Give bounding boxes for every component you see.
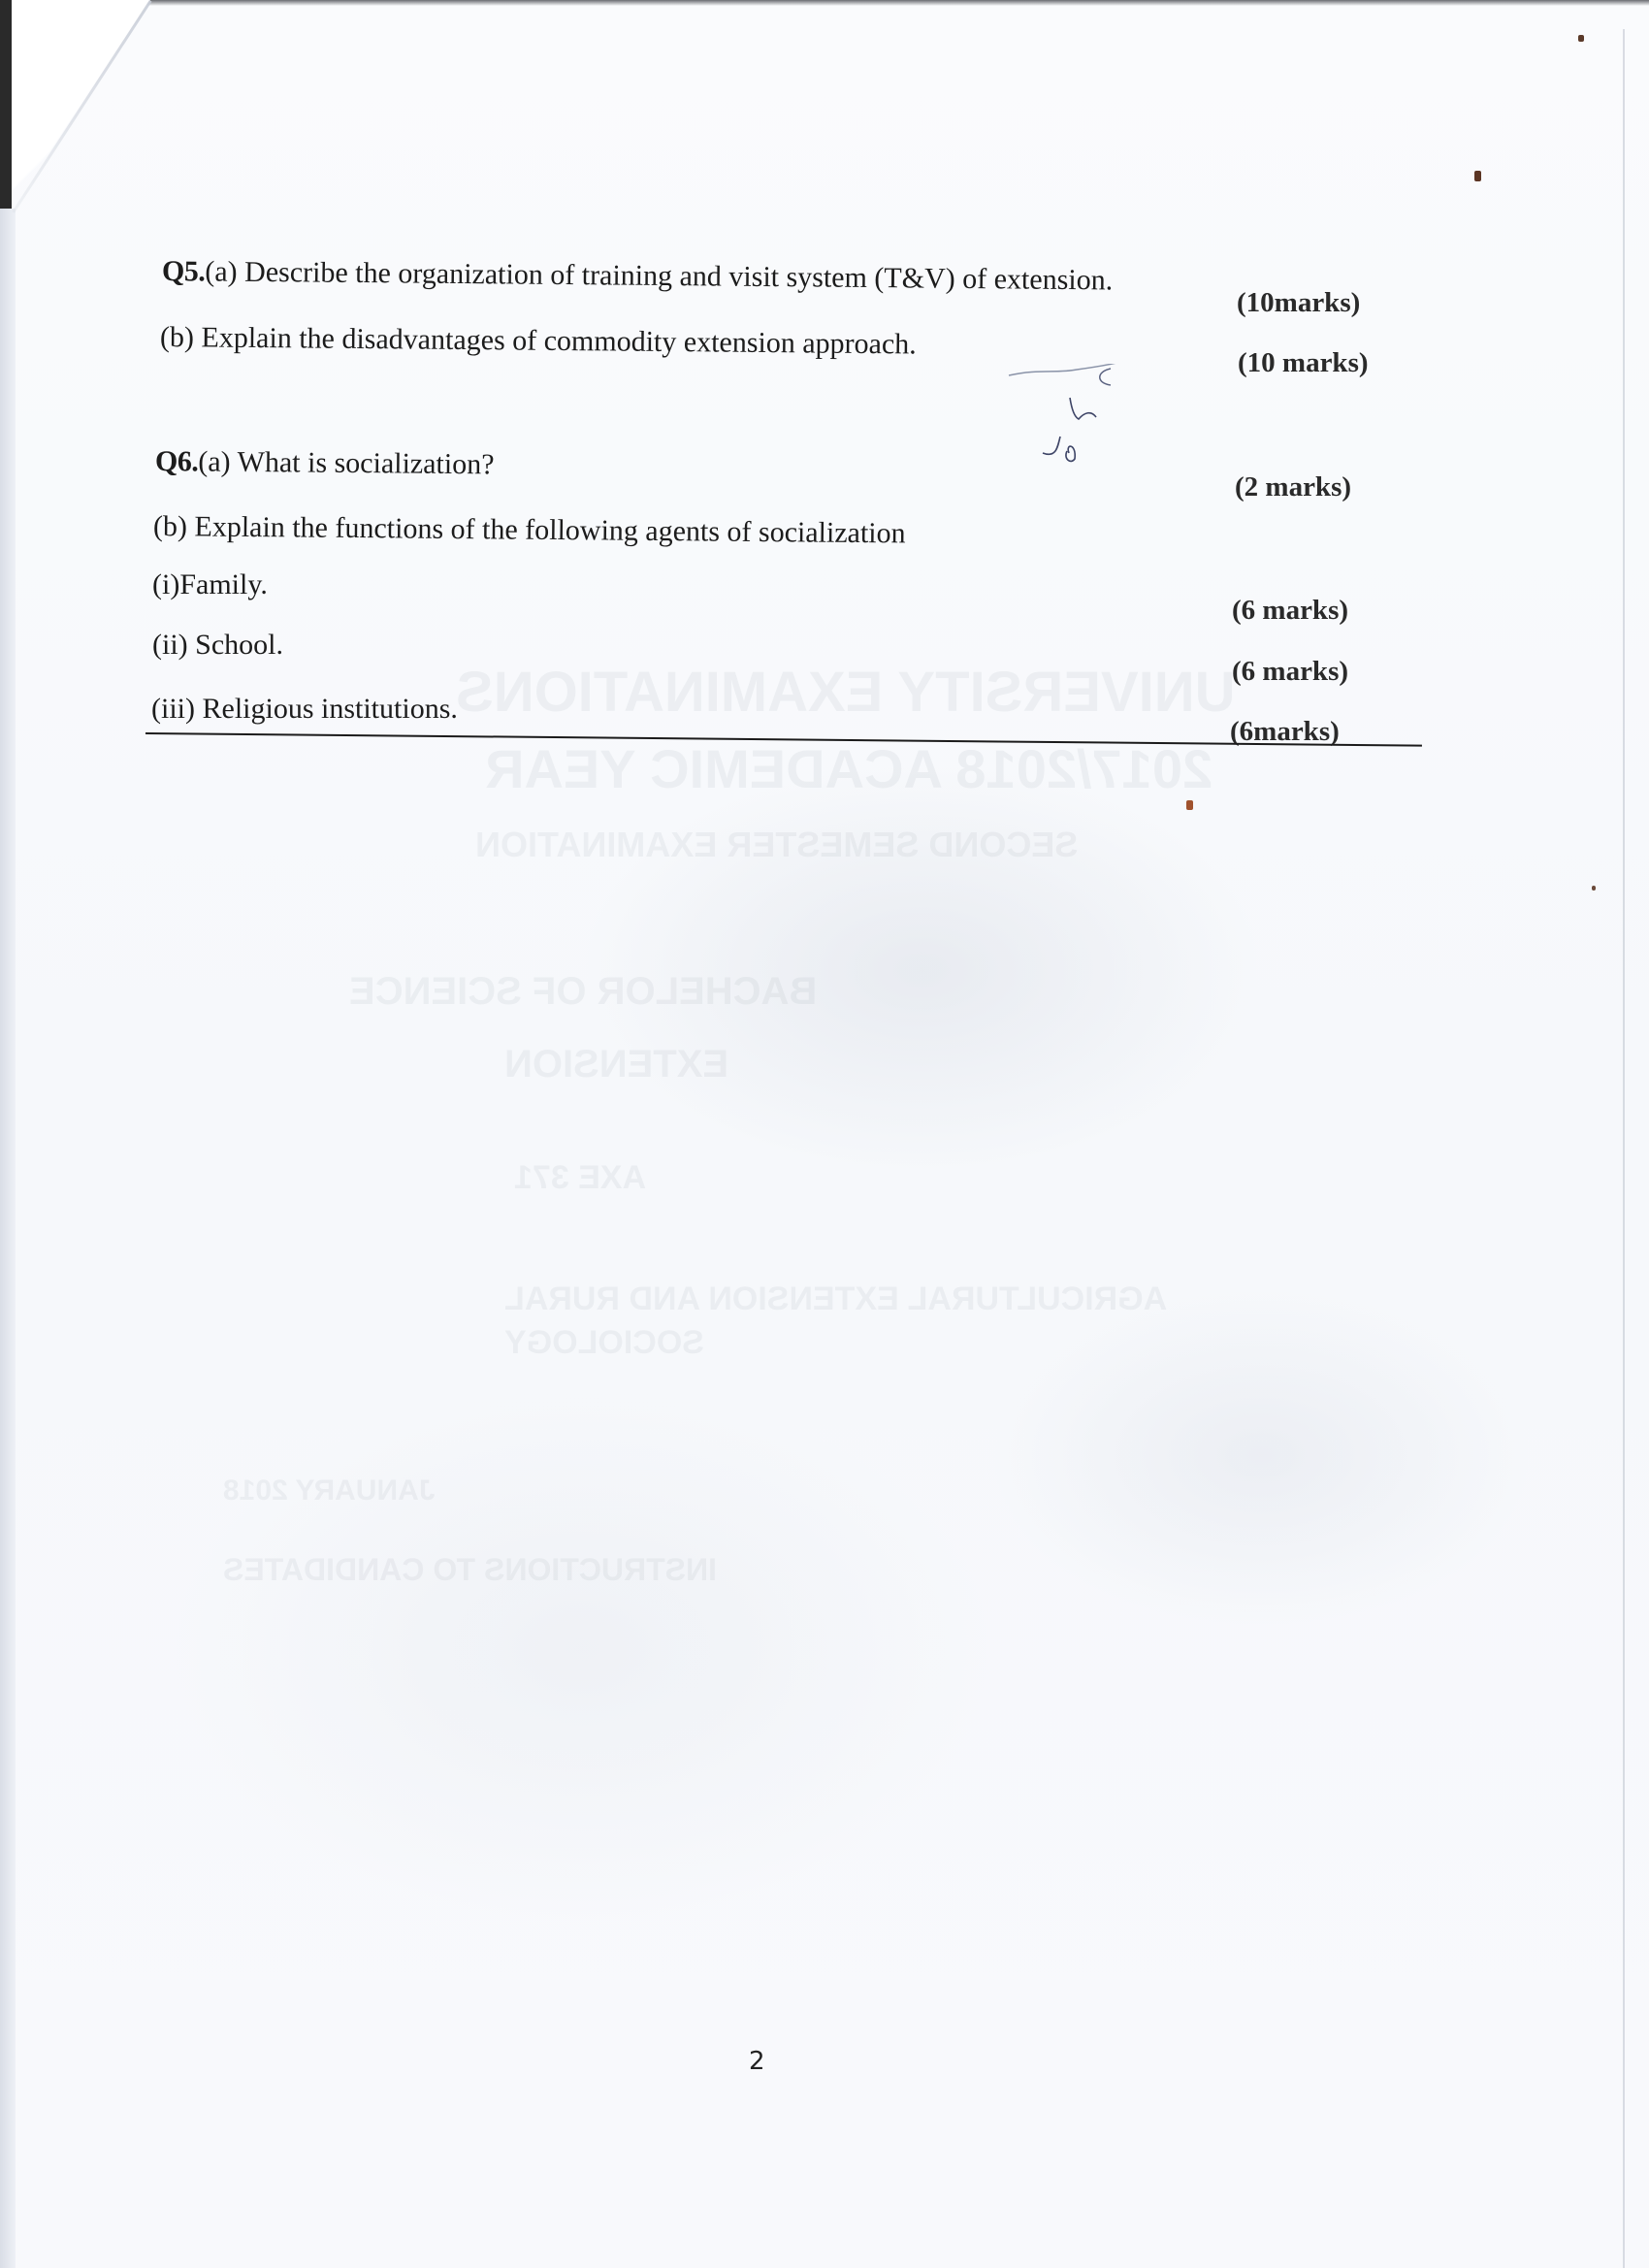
q5-part-b: (b) Explain the disadvantages of commodi… [160, 320, 917, 362]
speck-mark [1474, 171, 1481, 181]
bleed-through-text: BACHELOR OF SCIENCE [349, 970, 817, 1014]
page-number: 2 [749, 2047, 765, 2076]
question-text: Describe the organization of training an… [244, 256, 1113, 297]
question-text: What is socialization? [237, 446, 494, 481]
question-text: Explain the disadvantages of commodity e… [201, 321, 917, 360]
handwritten-annotation [999, 364, 1145, 480]
scan-right-edge [1623, 29, 1625, 2268]
part-label: (b) [153, 510, 187, 542]
q6-sub-item-i: (i)Family. [152, 567, 268, 602]
bleed-through-text: INSTRUCTIONS TO CANDIDATES [223, 1552, 717, 1588]
sub-item-label: (iii) [151, 693, 195, 725]
sub-item-text: Family. [179, 568, 268, 600]
question-number: Q5. [162, 255, 206, 287]
speck-mark [1592, 886, 1596, 891]
bleed-through-text: 2017/2018 ACADEMIC YEAR [485, 737, 1212, 800]
scan-top-edge [0, 0, 1649, 6]
sub-item-text: School. [195, 629, 283, 661]
q6-sub-item-ii: (ii) School. [152, 628, 283, 663]
sub-item-label: (i) [152, 568, 179, 600]
bleed-through-text: JANUARY 2018 [223, 1474, 435, 1507]
q6a-marks: (2 marks) [1235, 470, 1351, 503]
q5b-marks: (10 marks) [1238, 346, 1369, 379]
question-text: Explain the functions of the following a… [194, 510, 905, 549]
q6-sub-item-iii: (iii) Religious institutions. [151, 692, 458, 727]
scan-left-margin [0, 209, 16, 2268]
bleed-through-text: UNIVERSITY EXAMINATIONS [456, 660, 1236, 725]
q5a-marks: (10marks) [1237, 286, 1360, 319]
bleed-through-text: SECOND SEMESTER EXAMINATION [475, 825, 1078, 865]
part-label: (a) [205, 255, 238, 287]
bleed-through-text: AXE 371 [514, 1159, 646, 1197]
bleed-through-text: EXTENSION [504, 1043, 728, 1086]
bleed-through-text: SOCIOLOGY [504, 1324, 704, 1362]
part-label: (b) [160, 321, 194, 353]
q6-ii-marks: (6 marks) [1232, 655, 1348, 688]
q6-part-a: Q6.(a) What is socialization? [155, 444, 495, 482]
speck-mark [1186, 800, 1193, 810]
part-label: (a) [198, 445, 231, 477]
scan-left-border [0, 0, 12, 209]
q6-i-marks: (6 marks) [1232, 594, 1348, 627]
sub-item-text: Religious institutions. [203, 693, 458, 725]
speck-mark [1578, 35, 1584, 42]
question-number: Q6. [155, 445, 199, 477]
q6-part-b: (b) Explain the functions of the followi… [153, 509, 906, 551]
sub-item-label: (ii) [152, 629, 188, 661]
bleed-through-text: AGRICULTURAL EXTENSION AND RURAL [504, 1280, 1167, 1318]
